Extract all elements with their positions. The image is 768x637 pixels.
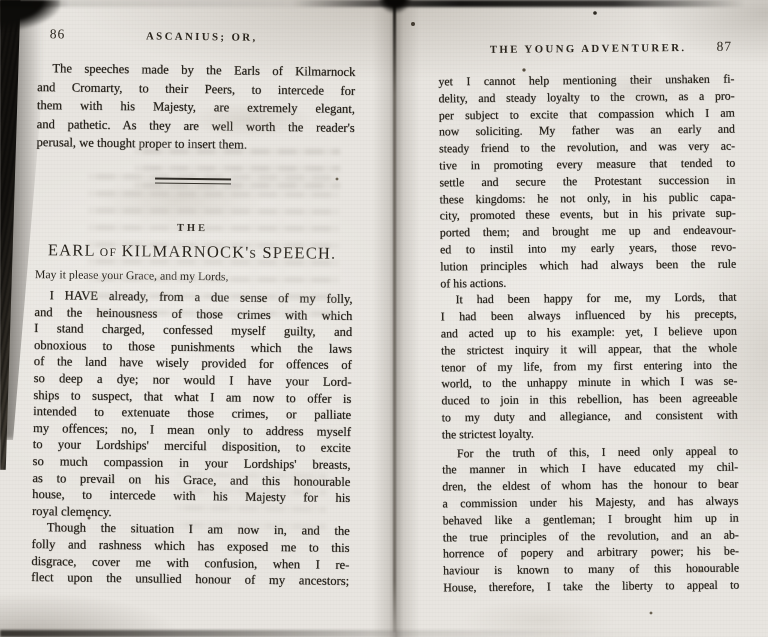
right-page-header: THE YOUNG ADVENTURER. 87 [444, 39, 732, 58]
right-page: THE YOUNG ADVENTURER. 87 yet I cannot he… [436, 33, 741, 597]
divider-rule-top [155, 177, 231, 180]
speech-paragraph: It had been happy for me, my Lords, that… [438, 289, 739, 443]
speech-paragraph: yet I cannot help mentioning their unsha… [436, 71, 738, 292]
section-divider-double-rule [155, 177, 231, 184]
heading-word-rest: KILMARNOCK's SPEECH. [121, 241, 336, 263]
left-page: 86 ASCANIUS; OR, The speeches made by th… [25, 18, 358, 590]
header-spacer [312, 41, 354, 42]
divider-rule-bottom [155, 182, 231, 184]
book-scan: 86 ASCANIUS; OR, The speeches made by th… [0, 0, 768, 637]
speech-heading-the: THE [29, 221, 355, 236]
heading-word-earl: EARL [48, 240, 96, 260]
speech-paragraph: I HAVE already, from a due sense of my f… [26, 287, 355, 523]
ink-specks [0, 0, 2, 2]
page-gutter-shadow [372, 0, 420, 637]
book-top-edge [0, 0, 768, 7]
right-page-number: 87 [690, 39, 732, 55]
heading-word-of: OF [96, 247, 122, 259]
left-page-header: 86 ASCANIUS; OR, [50, 26, 354, 46]
book-bottom-edge [0, 630, 768, 637]
speech-paragraph: Though the situation I am now in, and th… [25, 519, 352, 589]
intro-paragraph: The speeches made by the Earls of Kilmar… [30, 59, 357, 155]
left-running-head: ASCANIUS; OR, [92, 30, 312, 45]
speech-heading-title: EARLOFKILMARNOCK's SPEECH. [29, 240, 355, 264]
page-gutter-line [393, 0, 396, 632]
speech-paragraph: For the truth of this, I need only appea… [440, 442, 741, 596]
speech-salutation: May it please your Grace, and my Lords, [29, 267, 355, 286]
right-running-head: THE YOUNG ADVENTURER. [486, 42, 690, 56]
